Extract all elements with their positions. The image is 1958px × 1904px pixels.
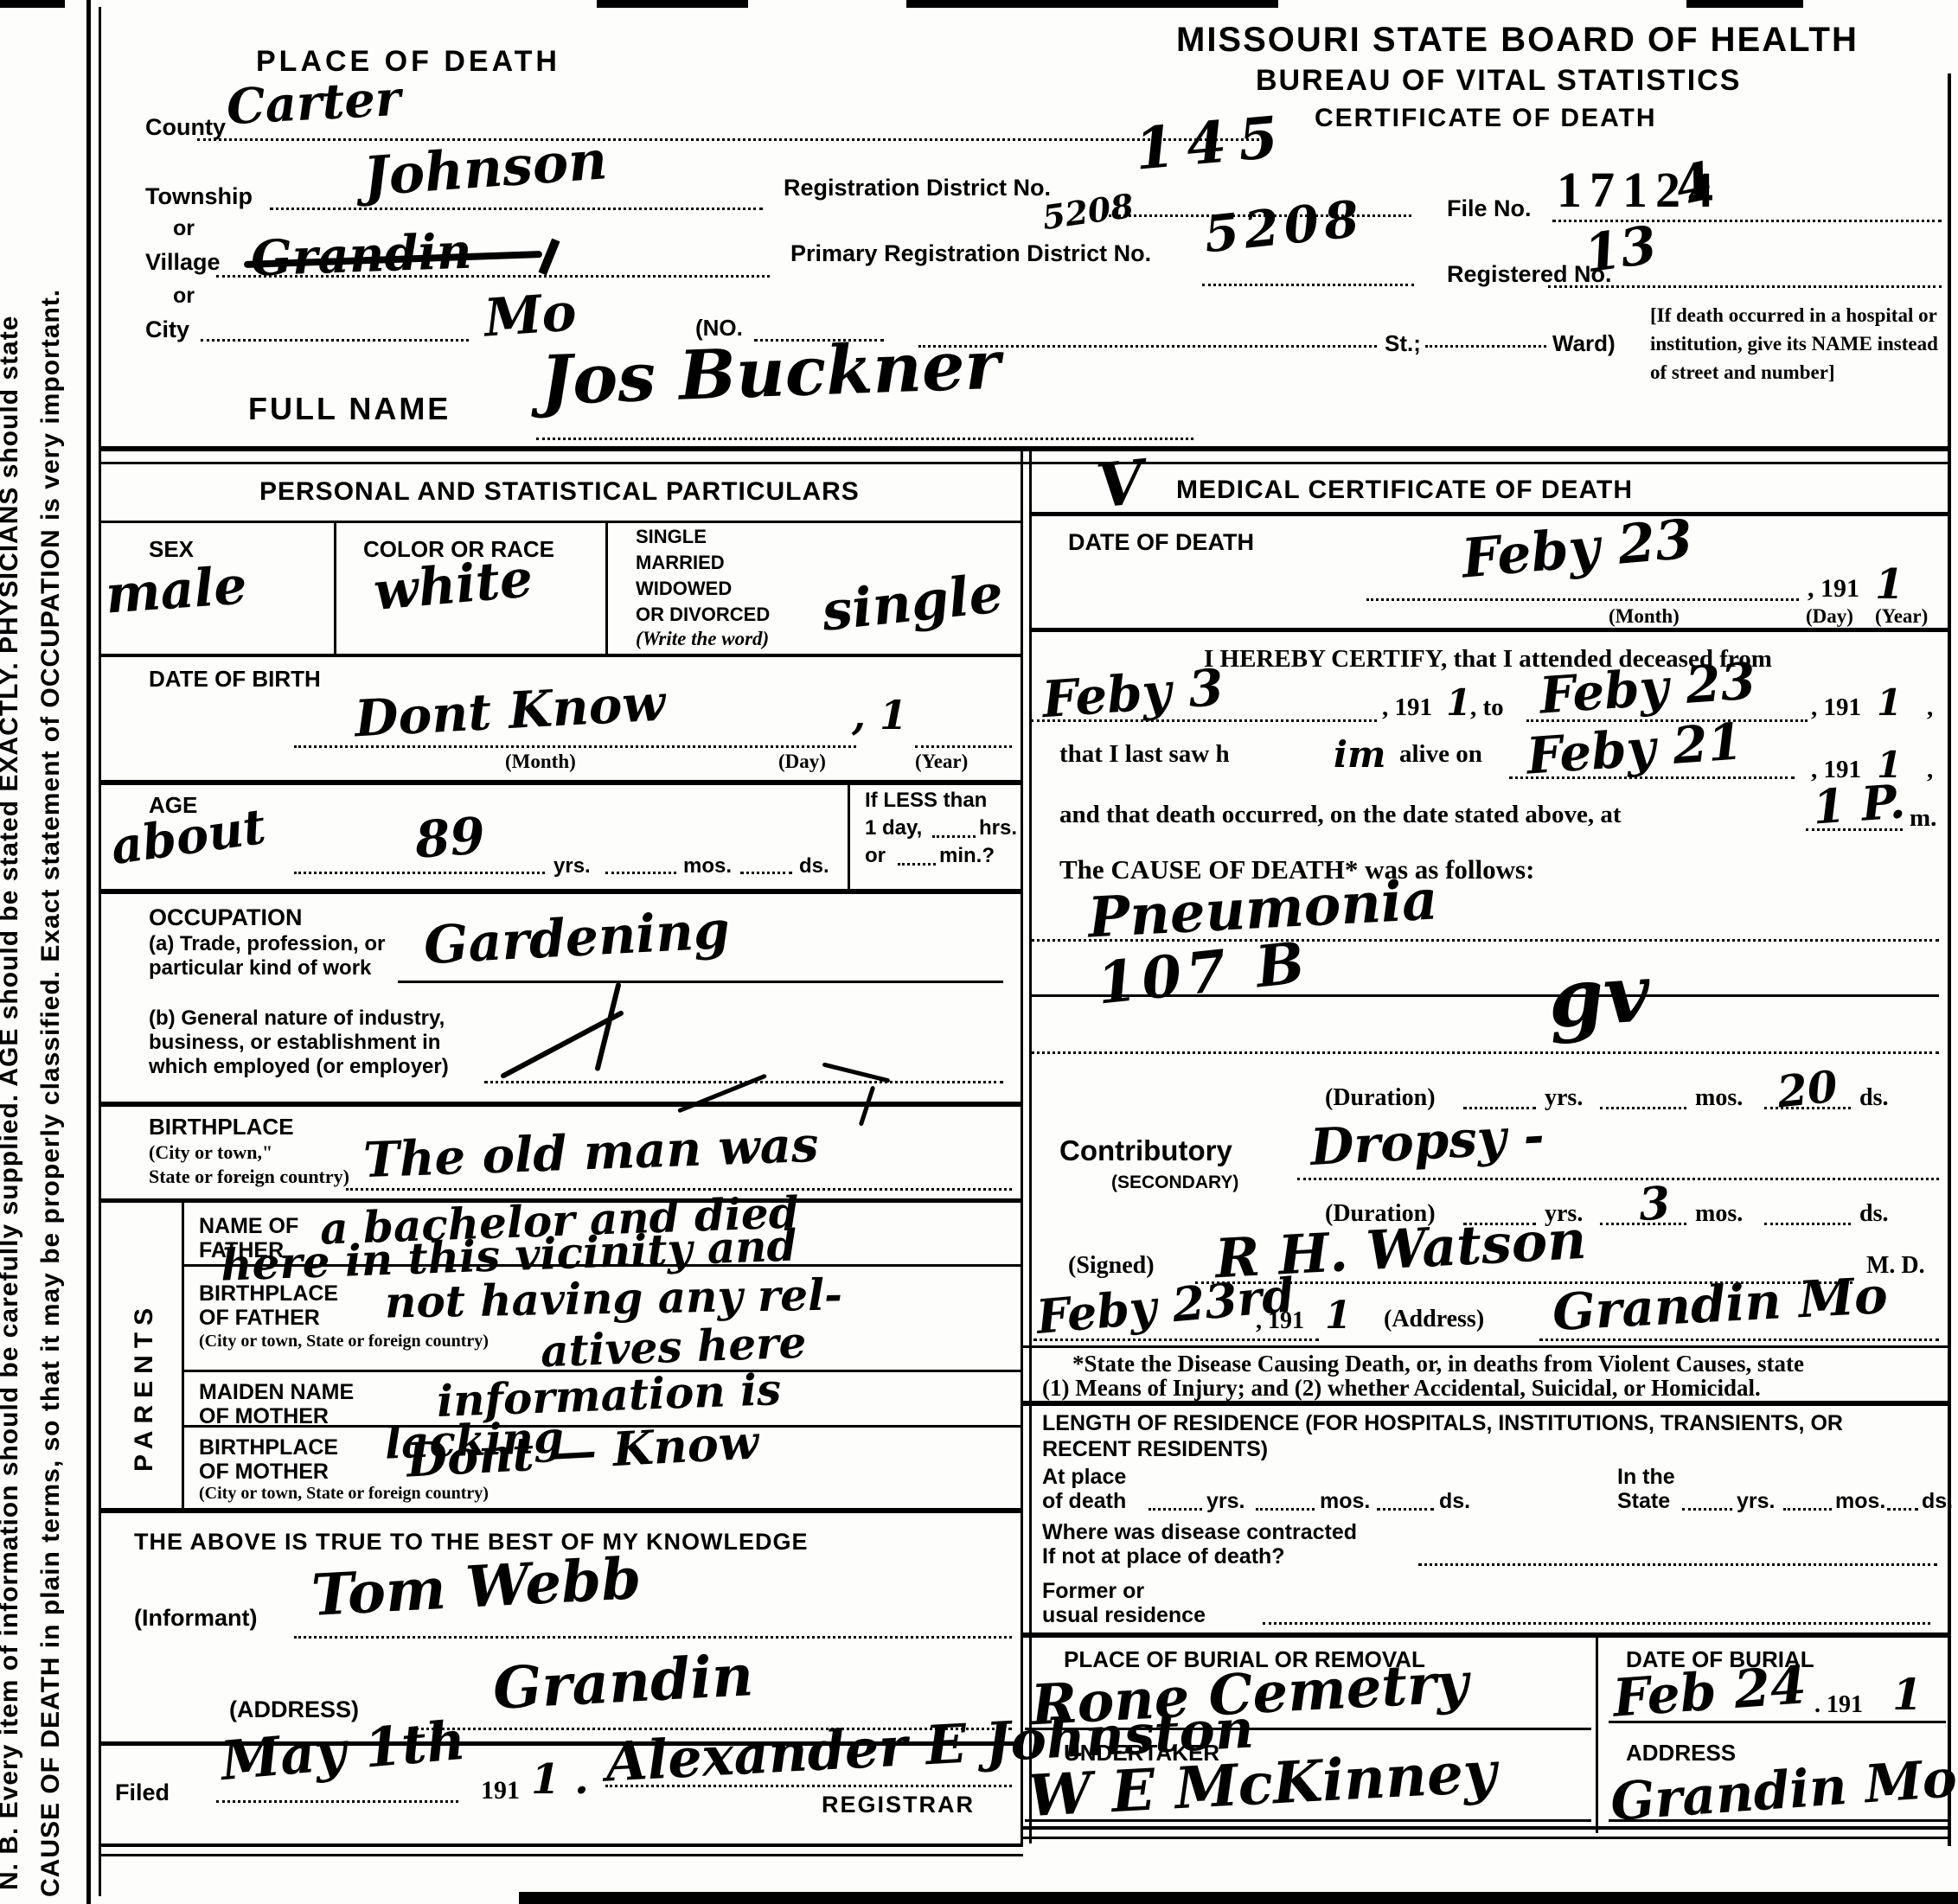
- dod-year-hand: 1: [1875, 560, 1904, 609]
- registered-no-value: 13: [1581, 215, 1660, 285]
- cause-line-1: [1031, 939, 1939, 942]
- medical-title: MEDICAL CERTIFICATE OF DEATH: [1176, 476, 1633, 505]
- ward-label: Ward): [1552, 330, 1616, 357]
- occupation-b1: (b) General nature of industry,: [149, 1006, 445, 1031]
- scan-bar-bottom: [519, 1892, 1958, 1904]
- medical-check-mark: V: [1093, 445, 1148, 521]
- signed-address-value: Grandin Mo: [1551, 1266, 1889, 1342]
- st-label: St.;: [1385, 330, 1421, 357]
- county-label: County: [145, 114, 226, 141]
- primary-reg-label: Primary Registration District No.: [790, 240, 1151, 267]
- age-ds-label: ds.: [799, 854, 829, 879]
- saw-text-1: that I last saw h: [1059, 740, 1230, 769]
- village-line: [216, 275, 770, 278]
- residence-line-5: [1783, 1508, 1832, 1511]
- former-label-1: Former or: [1042, 1579, 1144, 1604]
- occupation-row-bottom-rule: [99, 1102, 1023, 1107]
- occupation-a2: particular kind of work: [149, 956, 371, 981]
- cause-duration-yrs: yrs.: [1545, 1084, 1583, 1112]
- informant-value: Tom Webb: [310, 1544, 643, 1629]
- former-line: [1263, 1622, 1930, 1625]
- age-line-2: [605, 872, 676, 874]
- city-line-4: [1425, 345, 1546, 348]
- sex-color-vline: [334, 521, 336, 654]
- father-bp-label-1: BIRTHPLACE: [199, 1281, 338, 1307]
- county-value: Carter: [225, 70, 402, 136]
- reg-district-value: 145: [1132, 102, 1293, 182]
- secondary-label: (SECONDARY): [1111, 1172, 1238, 1193]
- occurred-value: 1 P.: [1811, 773, 1907, 834]
- signed-address-line: [1539, 1339, 1939, 1341]
- marital-label-3: WIDOWED: [636, 578, 732, 600]
- age-cell-vline: [848, 785, 850, 889]
- occurred-m-label: m.: [1910, 804, 1936, 833]
- dob-line-2: [915, 745, 1012, 748]
- saw-line: [1509, 776, 1795, 779]
- residence-ds-1: ds.: [1439, 1489, 1470, 1514]
- occupation-b3: which employed (or employer): [149, 1055, 449, 1079]
- burial-year-hand: 1: [1892, 1669, 1923, 1720]
- age-line-1: [294, 872, 545, 874]
- contrib-duration-line-2: [1600, 1223, 1686, 1225]
- margin-note-line1: N. B. Every item of information should b…: [0, 0, 24, 1890]
- cause-duration-mos: mos.: [1695, 1084, 1743, 1112]
- age-line-3: [740, 872, 792, 874]
- certify-to-year-hand: 1: [1877, 681, 1902, 724]
- death-certificate-page: N. B. Every item of information should b…: [0, 0, 1958, 1904]
- contrib-duration-mos: mos.: [1695, 1200, 1743, 1228]
- bottom-rule-right-2: [1021, 1837, 1950, 1839]
- dod-year-printed: , 191: [1808, 574, 1859, 604]
- city-value: Mo: [483, 282, 579, 348]
- contrib-duration-line-3: [1764, 1223, 1851, 1225]
- signed-year-hand: 1: [1325, 1294, 1352, 1338]
- residence-line-6: [1887, 1508, 1918, 1511]
- sex-row-bottom-rule: [99, 654, 1023, 657]
- at-place-label-2: of death: [1042, 1489, 1126, 1514]
- residence-line-4: [1682, 1508, 1732, 1511]
- parents-label: PARENTS: [130, 1195, 159, 1472]
- org-line2: BUREAU OF VITAL STATISTICS: [1256, 64, 1741, 98]
- medical-title-rule: [1031, 512, 1950, 516]
- or-label-1: or: [173, 216, 195, 241]
- registered-no-line: [1548, 285, 1942, 288]
- footnote-rule: [1021, 1401, 1950, 1406]
- contributory-line: [1297, 1178, 1939, 1180]
- city-label: City: [145, 316, 189, 343]
- occupation-b2: business, or establishment in: [149, 1031, 440, 1055]
- certify-to-label: , to: [1470, 693, 1504, 722]
- age-mos-label: mos.: [683, 854, 732, 879]
- filed-label: Filed: [115, 1779, 170, 1806]
- registrar-label: REGISTRAR: [822, 1792, 975, 1818]
- cause-duration-line-3: [1764, 1107, 1851, 1109]
- signed-label: (Signed): [1068, 1252, 1155, 1280]
- less-min-line: [898, 863, 936, 866]
- cause-line-3: [1031, 1051, 1939, 1054]
- contracted-line: [1418, 1563, 1937, 1566]
- parents-bottom-rule: [99, 1508, 1023, 1513]
- contributory-value: Dropsy -: [1309, 1106, 1545, 1177]
- occupation-a-line: [398, 981, 1003, 983]
- min-label: min.?: [939, 844, 995, 868]
- age-yrs-label: yrs.: [553, 854, 591, 879]
- dob-label: DATE OF BIRTH: [149, 666, 321, 693]
- contracted-label-1: Where was disease contracted: [1042, 1520, 1357, 1545]
- personal-title: PERSONAL AND STATISTICAL PARTICULARS: [259, 477, 860, 507]
- org-line1: MISSOURI STATE BOARD OF HEALTH: [1176, 21, 1859, 60]
- city-line-1: [201, 339, 469, 342]
- certify-to-comma: ,: [1927, 693, 1933, 722]
- occurred-line: [1806, 828, 1903, 831]
- mother-bp-sub: (City or town, State or foreign country): [199, 1484, 489, 1504]
- margin-note-line2: CAUSE OF DEATH in plain terms, so that i…: [36, 0, 66, 1897]
- parents-vline: [182, 1198, 184, 1510]
- dob-year-value: , 1: [852, 692, 907, 738]
- org-line3: CERTIFICATE OF DEATH: [1315, 104, 1657, 133]
- township-label: Township: [145, 183, 253, 210]
- burial-top-rule: [1021, 1632, 1950, 1638]
- dod-line: [1366, 598, 1799, 601]
- scan-bar: [1686, 0, 1803, 8]
- saw-hand-im: im: [1334, 733, 1385, 776]
- residence-title-1: LENGTH OF RESIDENCE (FOR HOSPITALS, INST…: [1042, 1411, 1843, 1436]
- reg-district-label: Registration District No.: [784, 175, 1051, 201]
- father-name-rule: [182, 1264, 1023, 1267]
- marital-label-1: SINGLE: [636, 526, 707, 548]
- dod-year-label: (Year): [1875, 605, 1928, 628]
- primary-reg-line: [1202, 284, 1414, 286]
- certify-from-year-printed: , 191: [1382, 693, 1432, 722]
- saw-comma: ,: [1927, 756, 1933, 784]
- in-the-label-2: State: [1617, 1489, 1670, 1514]
- bottom-rule-right-1: [1021, 1826, 1950, 1830]
- cause-line-2: [1031, 994, 1939, 997]
- certify-from-year-hand: 1: [1446, 681, 1471, 724]
- place-of-death-title: PLACE OF DEATH: [256, 45, 560, 79]
- father-bp-sub: (City or town, State or foreign country): [199, 1332, 489, 1351]
- name-divider-rule-1: [99, 446, 1950, 451]
- birthplace-sub2: State or foreign country): [149, 1166, 349, 1188]
- certify-to-year-printed: , 191: [1811, 693, 1861, 722]
- age-row-bottom-rule: [99, 889, 1023, 894]
- full-name-line: [536, 438, 1193, 440]
- residence-ds-2: ds.: [1922, 1489, 1953, 1514]
- cause-duration-label: (Duration): [1325, 1084, 1436, 1112]
- less-label-3: or: [865, 844, 886, 868]
- dod-day-label: (Day): [1806, 605, 1853, 628]
- residence-line-1: [1149, 1508, 1202, 1511]
- or-label-2: or: [173, 284, 195, 309]
- village-label: Village: [145, 249, 221, 276]
- marital-label-2: MARRIED: [636, 552, 725, 574]
- dob-month-label: (Month): [505, 751, 576, 773]
- age-years-value: 89: [413, 806, 487, 869]
- mother-bp-label-1: BIRTHPLACE: [199, 1435, 338, 1460]
- scan-bar: [597, 0, 748, 8]
- bottom-rule-left-1: [99, 1843, 1023, 1847]
- occupation-a-value: Gardening: [422, 900, 731, 976]
- burial-date-line: [1609, 1721, 1946, 1723]
- informant-address-value: Grandin: [491, 1641, 755, 1722]
- county-line: [197, 138, 1270, 141]
- left-border-inner: [99, 7, 101, 1896]
- birthplace-label: BIRTHPLACE: [149, 1114, 294, 1140]
- filed-line: [216, 1800, 458, 1803]
- birthplace-scribble-1: [677, 1074, 767, 1114]
- father-name-label-1: NAME OF: [199, 1214, 298, 1239]
- residence-line-2: [1256, 1508, 1315, 1511]
- primary-reg-value: 5208: [1201, 188, 1367, 264]
- in-the-label-1: In the: [1617, 1465, 1675, 1490]
- dod-row-rule: [1031, 628, 1950, 632]
- residence-line-3: [1377, 1508, 1434, 1511]
- township-line: [270, 208, 763, 210]
- footnote-2: (1) Means of Injury; and (2) whether Acc…: [1042, 1375, 1761, 1402]
- certify-from-line: [1031, 719, 1377, 722]
- burial-date-value: Feb 24: [1611, 1655, 1808, 1728]
- contrib-duration-ds: ds.: [1859, 1200, 1888, 1228]
- informant-label: (Informant): [134, 1605, 257, 1632]
- residence-mos-1: mos.: [1320, 1489, 1370, 1514]
- former-label-2: usual residence: [1042, 1603, 1206, 1628]
- age-about-value: about: [107, 798, 269, 876]
- mother-name-label-1: MAIDEN NAME: [199, 1380, 354, 1405]
- dod-value: Feby 23: [1459, 507, 1695, 590]
- residence-title-2: RECENT RESIDENTS): [1042, 1437, 1268, 1462]
- primary-reg-note: 5208: [1040, 186, 1136, 237]
- dod-label: DATE OF DEATH: [1068, 529, 1254, 556]
- signed-row-rule: [1021, 1345, 1950, 1348]
- dob-day-label: (Day): [778, 751, 826, 773]
- father-bp-label-2: OF FATHER: [199, 1306, 320, 1331]
- village-tick-mark: [538, 239, 560, 276]
- marital-label-4: OR DIVORCED: [636, 604, 770, 626]
- filed-year-printed: 191: [481, 1776, 520, 1805]
- saw-text-2: alive on: [1399, 740, 1482, 769]
- less-label-2: 1 day,: [865, 816, 922, 840]
- footnote-1: *State the Disease Causing Death, or, in…: [1072, 1351, 1804, 1377]
- mother-name-value-2: lacking: [384, 1411, 565, 1468]
- less-label-1: If LESS than: [865, 789, 987, 813]
- signed-date-line: [1033, 1339, 1319, 1341]
- residence-yrs-2: yrs.: [1737, 1489, 1775, 1514]
- dod-month-label: (Month): [1609, 605, 1680, 628]
- sex-value: male: [104, 555, 249, 625]
- full-name-label: FULL NAME: [248, 391, 451, 427]
- hospital-note: [If death occurred in a hospital or inst…: [1650, 301, 1948, 387]
- marital-label-5: (Write the word): [636, 628, 769, 650]
- occupation-a1: (a) Trade, profession, or: [149, 932, 385, 956]
- burial-vline: [1596, 1632, 1598, 1833]
- marital-value: single: [819, 561, 1006, 643]
- color-race-value: white: [371, 548, 534, 623]
- color-marital-vline: [605, 521, 608, 654]
- at-place-label-1: At place: [1042, 1465, 1126, 1490]
- contributory-label: Contributory: [1059, 1134, 1232, 1167]
- mother-bp-label-2: OF MOTHER: [199, 1460, 329, 1485]
- occurred-text: and that death occurred, on the date sta…: [1059, 801, 1622, 829]
- birthplace-scribble-2: [822, 1062, 891, 1083]
- cells-top-rule: [99, 521, 1023, 523]
- informant-line: [294, 1636, 1012, 1639]
- dob-year-label: (Year): [915, 751, 968, 773]
- bottom-rule-left-2: [99, 1854, 1023, 1856]
- contracted-label-2: If not at place of death?: [1042, 1544, 1285, 1569]
- signed-addr-label: (Address): [1384, 1306, 1484, 1333]
- certify-from-value: Feby 3: [1040, 658, 1225, 729]
- hrs-label: hrs.: [979, 816, 1017, 840]
- left-border-outer: [86, 0, 91, 1904]
- filed-year-hand: 1 .: [531, 1755, 589, 1804]
- cause-duration-line-2: [1600, 1107, 1686, 1109]
- dob-row-bottom-rule: [99, 780, 1023, 785]
- undertaker-address-line: [1609, 1819, 1950, 1822]
- cause-scribble: gv: [1545, 946, 1653, 1046]
- signed-year-printed: , 191: [1256, 1307, 1304, 1335]
- burial-year-printed: . 191: [1814, 1691, 1863, 1719]
- occupation-label: OCCUPATION: [149, 904, 303, 931]
- name-divider-rule-2: [99, 462, 1950, 464]
- birthplace-sub1: (City or town,": [149, 1141, 272, 1164]
- residence-mos-2: mos.: [1835, 1489, 1885, 1514]
- undertaker-address-label: ADDRESS: [1626, 1740, 1736, 1767]
- full-name-value: Jos Buckner: [540, 326, 1001, 420]
- file-no-label: File No.: [1447, 195, 1532, 222]
- birthplace-value: The old man was: [362, 1116, 820, 1189]
- attestation-text: THE ABOVE IS TRUE TO THE BEST OF MY KNOW…: [134, 1529, 809, 1556]
- cause-duration-ds: ds.: [1859, 1084, 1888, 1112]
- dob-line-1: [294, 745, 856, 748]
- scan-bar: [906, 0, 1278, 8]
- less-hrs-line: [932, 835, 976, 838]
- dob-value: Dont Know: [353, 674, 666, 749]
- residence-yrs-1: yrs.: [1206, 1489, 1245, 1514]
